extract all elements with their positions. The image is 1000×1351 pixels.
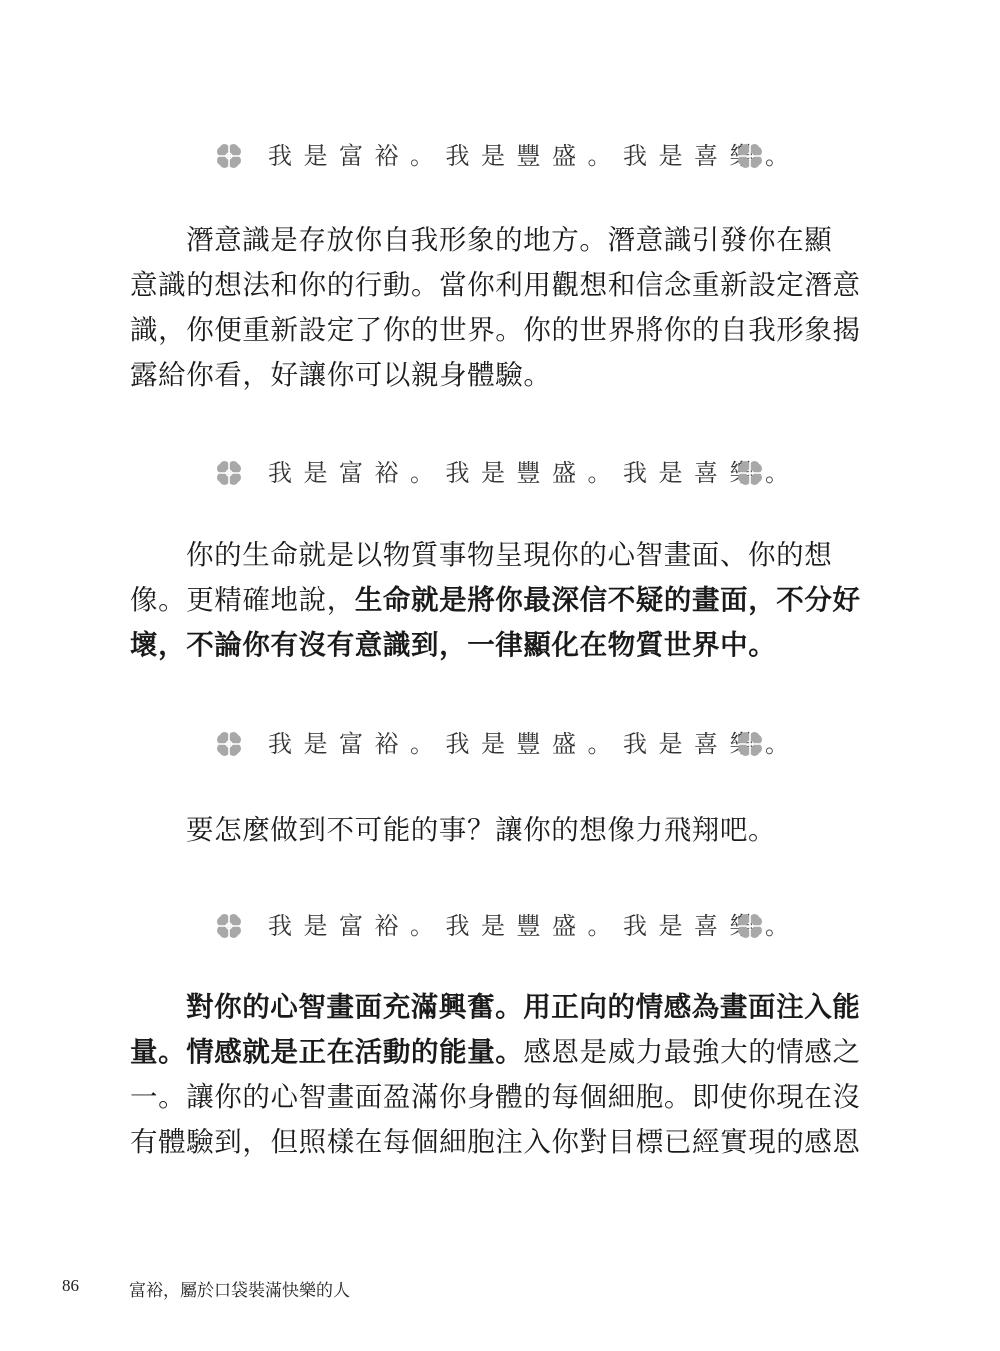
text-run: 一。讓你的心智畫面盈滿你身體的每個細胞。即使你現在沒 (130, 1081, 861, 1113)
paragraph-4: 對你的心智畫面充滿興奮。用正向的情感為畫面注入能量。情感就是正在活動的能量。感恩… (130, 985, 854, 1165)
text-line: 露給你看，好讓你可以親身體驗。 (130, 353, 854, 398)
text-run: 意識的想法和你的行動。當你利用觀想和信念重新設定潛意 (130, 269, 861, 301)
text-line: 潛意識是存放你自我形象的地方。潛意識引發你在顯 (130, 218, 854, 263)
mantra-divider: 我是富裕。我是豐盛。我是喜樂。 (0, 138, 1000, 178)
text-run: 感恩是威力最強大的情感之 (523, 1036, 860, 1068)
text-run: 你的生命就是以物質事物呈現你的心智畫面、你的想 (186, 539, 832, 571)
text-run: 露給你看，好讓你可以親身體驗。 (130, 359, 552, 391)
text-line: 你的生命就是以物質事物呈現你的心智畫面、你的想 (130, 533, 854, 578)
text-run: 要怎麼做到不可能的事？讓你的想像力飛翔吧。 (186, 814, 776, 846)
text-run: 有體驗到，但照樣在每個細胞注入你對目標已經實現的感恩 (130, 1126, 861, 1158)
four-leaf-clover-icon (215, 142, 243, 170)
mantra-divider: 我是富裕。我是豐盛。我是喜樂。 (0, 726, 1000, 766)
text-line: 意識的想法和你的行動。當你利用觀想和信念重新設定潛意 (130, 263, 854, 308)
paragraph-3: 要怎麼做到不可能的事？讓你的想像力飛翔吧。 (130, 808, 854, 853)
four-leaf-clover-icon (736, 142, 764, 170)
text-run: 識，你便重新設定了你的世界。你的世界將你的自我形象揭 (130, 314, 861, 346)
bold-text: 壞，不論你有沒有意識到，一律顯化在物質世界中。 (130, 629, 776, 661)
mantra-text: 我是富裕。我是豐盛。我是喜樂。 (268, 726, 801, 762)
mantra-divider: 我是富裕。我是豐盛。我是喜樂。 (0, 455, 1000, 495)
text-line: 識，你便重新設定了你的世界。你的世界將你的自我形象揭 (130, 308, 854, 353)
four-leaf-clover-icon (215, 912, 243, 940)
mantra-divider: 我是富裕。我是豐盛。我是喜樂。 (0, 908, 1000, 948)
text-run: 像。更精確地說， (130, 584, 355, 616)
four-leaf-clover-icon (736, 730, 764, 758)
paragraph-1: 潛意識是存放你自我形象的地方。潛意識引發你在顯意識的想法和你的行動。當你利用觀想… (130, 218, 854, 398)
text-line: 像。更精確地說，生命就是將你最深信不疑的畫面，不分好 (130, 578, 854, 623)
text-line: 有體驗到，但照樣在每個細胞注入你對目標已經實現的感恩 (130, 1120, 854, 1165)
four-leaf-clover-icon (736, 912, 764, 940)
four-leaf-clover-icon (736, 459, 764, 487)
bold-text: 量。情感就是正在活動的能量。 (130, 1036, 523, 1068)
mantra-text: 我是富裕。我是豐盛。我是喜樂。 (268, 908, 801, 944)
four-leaf-clover-icon (215, 730, 243, 758)
text-line: 壞，不論你有沒有意識到，一律顯化在物質世界中。 (130, 623, 854, 668)
mantra-text: 我是富裕。我是豐盛。我是喜樂。 (268, 138, 801, 174)
text-line: 對你的心智畫面充滿興奮。用正向的情感為畫面注入能 (130, 985, 854, 1030)
mantra-text: 我是富裕。我是豐盛。我是喜樂。 (268, 455, 801, 491)
four-leaf-clover-icon (215, 459, 243, 487)
text-line: 一。讓你的心智畫面盈滿你身體的每個細胞。即使你現在沒 (130, 1075, 854, 1120)
running-title: 富裕，屬於口袋裝滿快樂的人 (129, 1276, 350, 1301)
page-number: 86 (62, 1276, 79, 1296)
text-line: 量。情感就是正在活動的能量。感恩是威力最強大的情感之 (130, 1030, 854, 1075)
bold-text: 生命就是將你最深信不疑的畫面，不分好 (355, 584, 861, 616)
text-line: 要怎麼做到不可能的事？讓你的想像力飛翔吧。 (130, 808, 854, 853)
bold-text: 對你的心智畫面充滿興奮。用正向的情感為畫面注入能 (186, 991, 860, 1023)
text-run: 潛意識是存放你自我形象的地方。潛意識引發你在顯 (186, 224, 832, 256)
paragraph-2: 你的生命就是以物質事物呈現你的心智畫面、你的想像。更精確地說，生命就是將你最深信… (130, 533, 854, 668)
